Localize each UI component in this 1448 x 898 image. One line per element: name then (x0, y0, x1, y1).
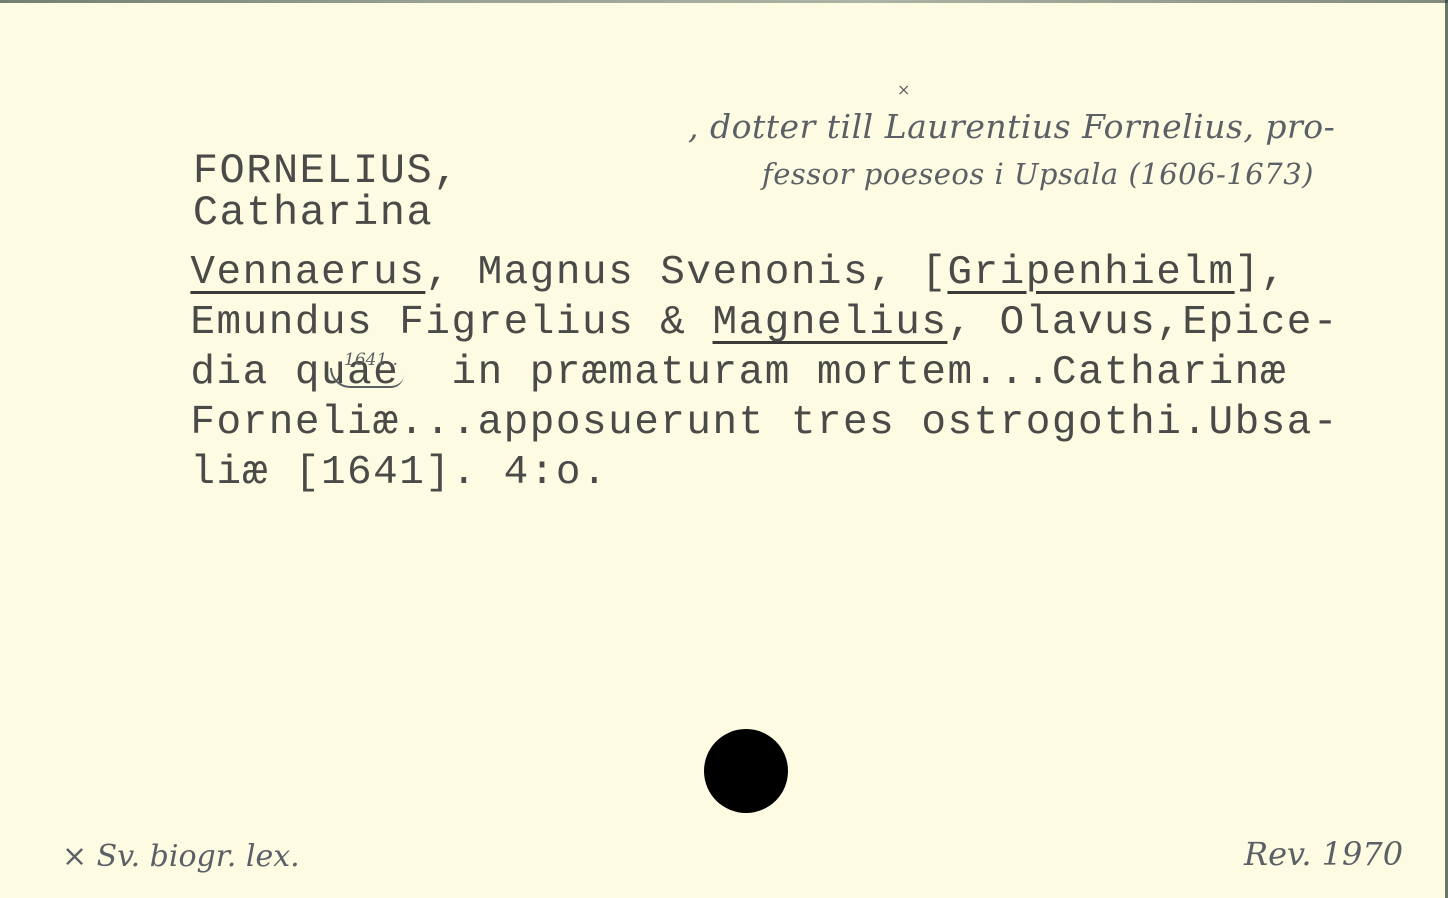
source-note: × Sv. biogr. lex. (62, 842, 300, 872)
entry-line-5: liæ [1641]. 4:o. (86, 412, 608, 535)
author-surname: FORNELIUS, (193, 147, 460, 195)
asterisk-mark: × (897, 82, 910, 98)
card-top-edge (0, 0, 1448, 3)
catalogue-card: FORNELIUS, Catharina × , dotter till Lau… (0, 0, 1448, 898)
inserted-year-annotation: 1641.. (344, 352, 398, 369)
revision-note: Rev. 1970 (1244, 838, 1403, 870)
insertion-caret (330, 368, 404, 388)
handwritten-note-line2: fessor poeseos i Upsala (1606-1673) (762, 160, 1314, 189)
punch-hole (704, 729, 788, 813)
handwritten-note-line1: , dotter till Laurentius Fornelius, pro- (688, 110, 1335, 143)
entry-text: liæ [1641]. 4:o. (190, 450, 608, 496)
